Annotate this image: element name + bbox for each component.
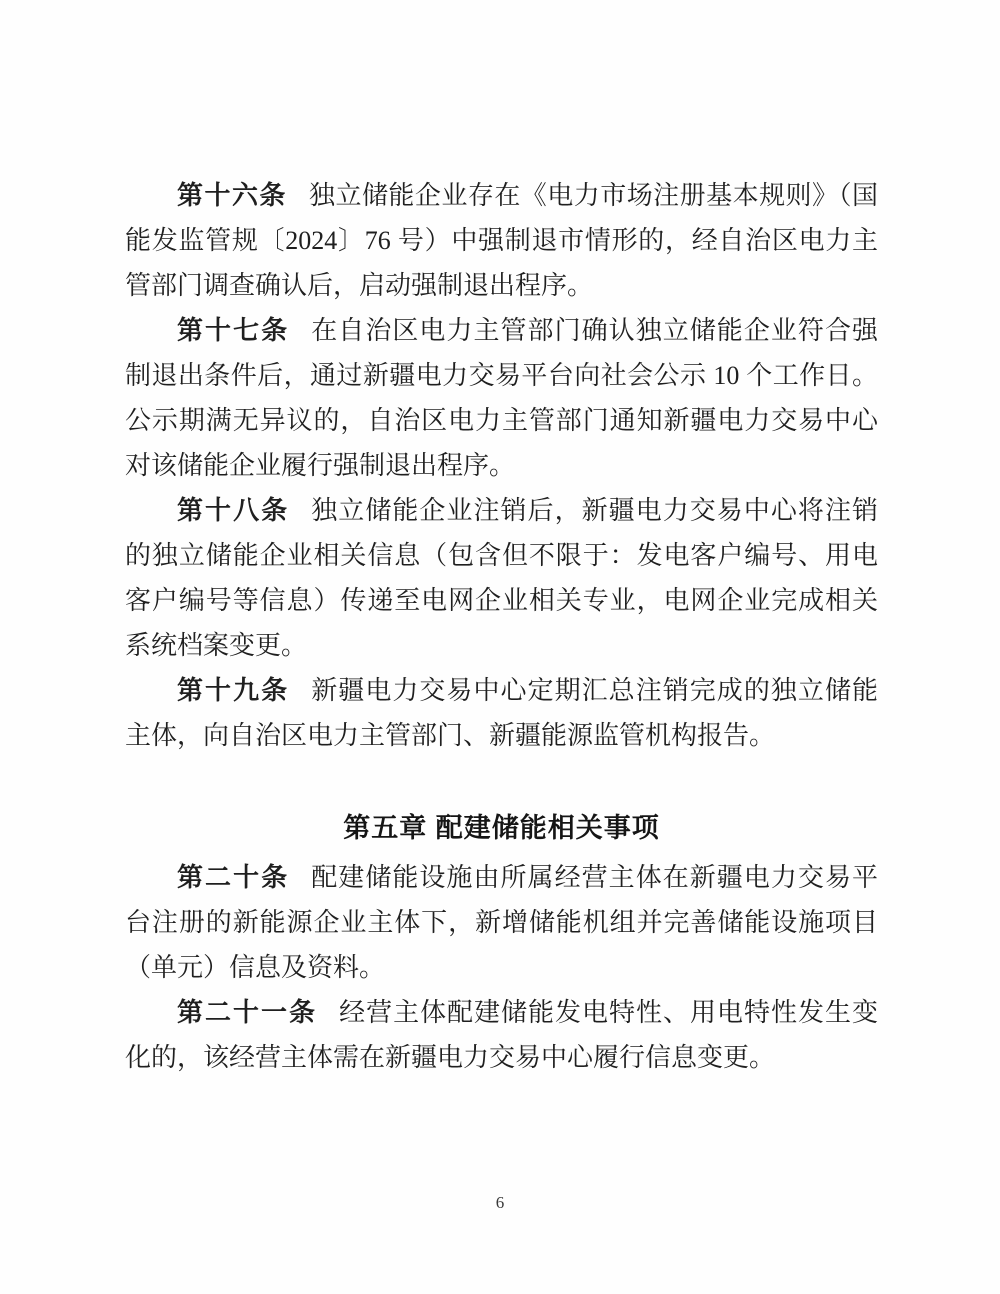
article-number-label: 第二十条 (177, 863, 289, 892)
document-body: 第十六条独立储能企业存在《电力市场注册基本规则》（国能发监管规〔2024〕76 … (125, 173, 878, 1080)
chapter-heading: 第五章 配建储能相关事项 (125, 806, 878, 851)
page-number: 6 (496, 1193, 505, 1212)
article-number-label: 第二十一条 (177, 998, 317, 1027)
article-paragraph: 第十八条独立储能企业注销后，新疆电力交易中心将注销的独立储能企业相关信息（包含但… (125, 488, 878, 668)
article-paragraph: 第二十一条经营主体配建储能发电特性、用电特性发生变化的，该经营主体需在新疆电力交… (125, 990, 878, 1080)
article-number-label: 第十九条 (177, 676, 289, 705)
page-footer: 6 (0, 1193, 1000, 1213)
article-paragraph: 第十七条在自治区电力主管部门确认独立储能企业符合强制退出条件后，通过新疆电力交易… (125, 308, 878, 488)
article-paragraph: 第十九条新疆电力交易中心定期汇总注销完成的独立储能主体，向自治区电力主管部门、新… (125, 668, 878, 758)
article-number-label: 第十八条 (177, 496, 289, 525)
article-paragraph: 第十六条独立储能企业存在《电力市场注册基本规则》（国能发监管规〔2024〕76 … (125, 173, 878, 308)
article-number-label: 第十六条 (177, 181, 287, 210)
document-page: 第十六条独立储能企业存在《电力市场注册基本规则》（国能发监管规〔2024〕76 … (0, 0, 1000, 1294)
article-paragraph: 第二十条配建储能设施由所属经营主体在新疆电力交易平台注册的新能源企业主体下，新增… (125, 855, 878, 990)
article-number-label: 第十七条 (177, 316, 289, 345)
